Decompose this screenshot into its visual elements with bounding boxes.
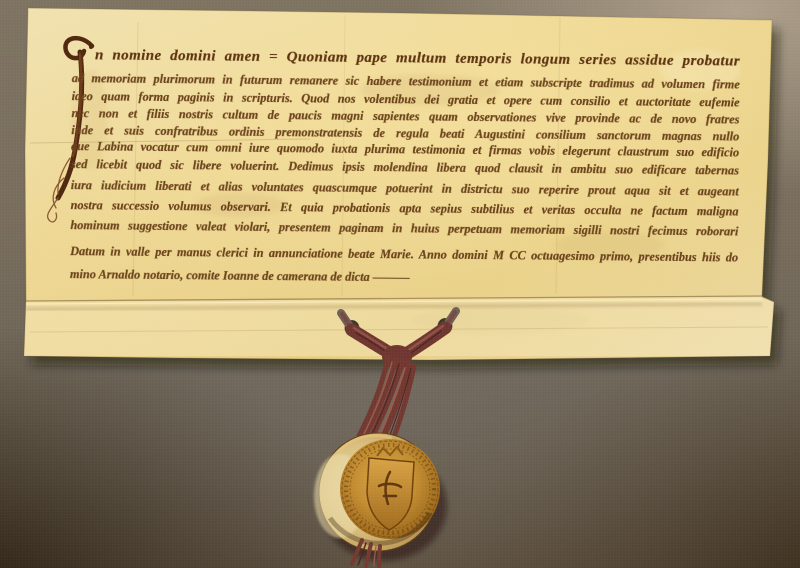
charter-artwork [0, 0, 800, 568]
parchment [24, 8, 774, 360]
wax-seal [314, 433, 447, 566]
photograph: n nomine domini amen = Quoniam pape mult… [0, 0, 800, 568]
